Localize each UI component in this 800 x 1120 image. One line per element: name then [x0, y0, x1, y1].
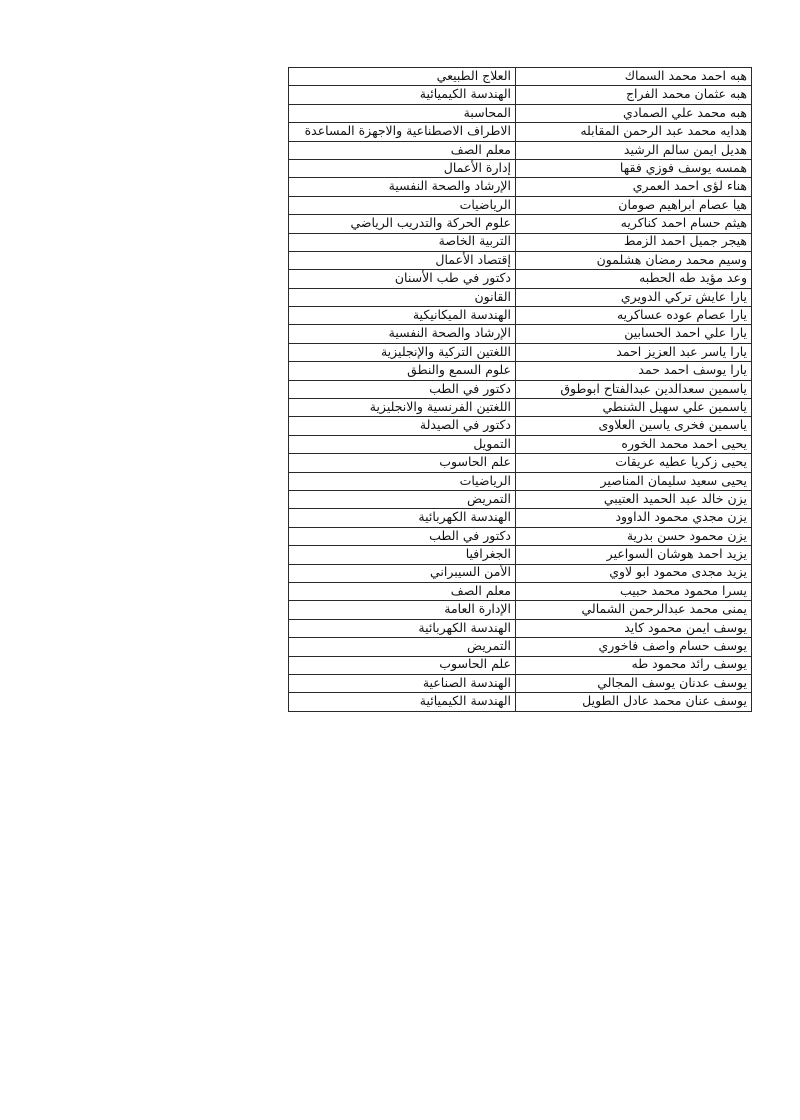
name-cell: هيثم حسام احمد كناكريه	[516, 215, 752, 233]
table-row: الإرشاد والصحة النفسيةيارا علي احمد الحس…	[289, 325, 752, 343]
major-cell: علوم السمع والنطق	[289, 362, 516, 380]
table-row: دكتور في الصيدلةياسمين فخرى ياسين العلاو…	[289, 417, 752, 435]
name-cell: هيجر جميل احمد الزمط	[516, 233, 752, 251]
table-row: المحاسبةهبه محمد علي الصمادي	[289, 104, 752, 122]
table-row: الجغرافيايزيد احمد هوشان السواعير	[289, 546, 752, 564]
major-cell: التمويل	[289, 435, 516, 453]
major-cell: الأمن السيبراني	[289, 564, 516, 582]
table-row: دكتور في الطبياسمين سعدالدين عبدالفتاح ا…	[289, 380, 752, 398]
major-cell: علم الحاسوب	[289, 454, 516, 472]
major-cell: معلم الصف	[289, 141, 516, 159]
major-cell: التربية الخاصة	[289, 233, 516, 251]
table-row: دكتور في الطبيزن محمود حسن بدرية	[289, 527, 752, 545]
major-cell: الإدارة العامة	[289, 601, 516, 619]
name-cell: يحيى زكريا عطيه عريقات	[516, 454, 752, 472]
major-cell: المحاسبة	[289, 104, 516, 122]
name-cell: هناء لؤى احمد العمري	[516, 178, 752, 196]
major-cell: الهندسة الصناعية	[289, 674, 516, 692]
major-cell: الهندسة الكيميائية	[289, 86, 516, 104]
name-cell: هيا عصام ابراهيم صومان	[516, 196, 752, 214]
table-row: علم الحاسوبيوسف رائد محمود طه	[289, 656, 752, 674]
table-row: الهندسة الكيميائيةيوسف عنان محمد عادل ال…	[289, 693, 752, 712]
table-row: معلم الصفهديل ايمن سالم الرشيد	[289, 141, 752, 159]
table-row: إقتصاد الأعمالوسيم محمد رمضان هشلمون	[289, 251, 752, 269]
major-cell: التمريض	[289, 490, 516, 508]
major-cell: التمريض	[289, 638, 516, 656]
table-row: الهندسة الكهربائيةيوسف ايمن محمود كايد	[289, 619, 752, 637]
name-cell: وعد مؤيد طه الحطبه	[516, 270, 752, 288]
name-cell: يسرا محمود محمد حبيب	[516, 582, 752, 600]
table-row: الهندسة الكهربائيةيزن مجدي محمود الداوود	[289, 509, 752, 527]
table-row: علوم السمع والنطقيارا يوسف احمد حمد	[289, 362, 752, 380]
table-row: الأمن السيبرانييزيد مجدى محمود ابو لاوي	[289, 564, 752, 582]
table-row: التمويليحيى احمد محمد الخوره	[289, 435, 752, 453]
table-row: العلاج الطبيعيهبه احمد محمد السماك	[289, 68, 752, 86]
table-row: الهندسة الصناعيةيوسف عدنان يوسف المجالي	[289, 674, 752, 692]
name-cell: ياسمين سعدالدين عبدالفتاح ابوطوق	[516, 380, 752, 398]
name-cell: هدايه محمد عبد الرحمن المقابله	[516, 123, 752, 141]
name-cell: يحيى احمد محمد الخوره	[516, 435, 752, 453]
table-row: الهندسة الكيميائيةهبه عثمان محمد الفراج	[289, 86, 752, 104]
name-cell: يارا يوسف احمد حمد	[516, 362, 752, 380]
table-row: علم الحاسوبيحيى زكريا عطيه عريقات	[289, 454, 752, 472]
major-cell: اللغتين الفرنسية والانجليزية	[289, 399, 516, 417]
name-cell: هبه محمد علي الصمادي	[516, 104, 752, 122]
major-cell: الرياضيات	[289, 196, 516, 214]
major-cell: العلاج الطبيعي	[289, 68, 516, 86]
table-row: الإرشاد والصحة النفسيةهناء لؤى احمد العم…	[289, 178, 752, 196]
major-cell: الرياضيات	[289, 472, 516, 490]
name-cell: يزيد احمد هوشان السواعير	[516, 546, 752, 564]
major-cell: الجغرافيا	[289, 546, 516, 564]
major-cell: الإرشاد والصحة النفسية	[289, 325, 516, 343]
graduates-table: العلاج الطبيعيهبه احمد محمد السماكالهندس…	[288, 67, 752, 712]
major-cell: الاطراف الاصطناعية والاجهزة المساعدة	[289, 123, 516, 141]
major-cell: دكتور في الصيدلة	[289, 417, 516, 435]
major-cell: إدارة الأعمال	[289, 159, 516, 177]
name-cell: ياسمين فخرى ياسين العلاوى	[516, 417, 752, 435]
name-cell: ياسمين علي سهيل الشنطي	[516, 399, 752, 417]
major-cell: الهندسة الكهربائية	[289, 619, 516, 637]
name-cell: يمنى محمد عبدالرحمن الشمالي	[516, 601, 752, 619]
table-row: التمريضيوسف حسام واصف فاخوري	[289, 638, 752, 656]
table-row: القانونيارا عايش تركي الدويري	[289, 288, 752, 306]
name-cell: يحيى سعيد سليمان المناصير	[516, 472, 752, 490]
major-cell: معلم الصف	[289, 582, 516, 600]
table-row: التربية الخاصةهيجر جميل احمد الزمط	[289, 233, 752, 251]
table-row: معلم الصفيسرا محمود محمد حبيب	[289, 582, 752, 600]
major-cell: إقتصاد الأعمال	[289, 251, 516, 269]
name-cell: يزيد مجدى محمود ابو لاوي	[516, 564, 752, 582]
name-cell: وسيم محمد رمضان هشلمون	[516, 251, 752, 269]
major-cell: دكتور في الطب	[289, 380, 516, 398]
major-cell: الهندسة الميكانيكية	[289, 307, 516, 325]
table-row: الإدارة العامةيمنى محمد عبدالرحمن الشمال…	[289, 601, 752, 619]
major-cell: علم الحاسوب	[289, 656, 516, 674]
name-cell: يزن مجدي محمود الداوود	[516, 509, 752, 527]
name-cell: يوسف رائد محمود طه	[516, 656, 752, 674]
name-cell: يوسف عنان محمد عادل الطويل	[516, 693, 752, 712]
table-body: العلاج الطبيعيهبه احمد محمد السماكالهندس…	[289, 68, 752, 712]
name-cell: هبه احمد محمد السماك	[516, 68, 752, 86]
major-cell: الهندسة الكهربائية	[289, 509, 516, 527]
table-row: الرياضياتيحيى سعيد سليمان المناصير	[289, 472, 752, 490]
scanned-document-page: العلاج الطبيعيهبه احمد محمد السماكالهندس…	[0, 0, 800, 1120]
name-cell: يوسف حسام واصف فاخوري	[516, 638, 752, 656]
table-row: الهندسة الميكانيكيةيارا عصام عوده عساكري…	[289, 307, 752, 325]
name-cell: يزن محمود حسن بدرية	[516, 527, 752, 545]
table-row: اللغتين الفرنسية والانجليزيةياسمين علي س…	[289, 399, 752, 417]
major-cell: علوم الحركة والتدريب الرياضي	[289, 215, 516, 233]
table-row: دكتور في طب الأسنانوعد مؤيد طه الحطبه	[289, 270, 752, 288]
table-row: الرياضياتهيا عصام ابراهيم صومان	[289, 196, 752, 214]
major-cell: دكتور في طب الأسنان	[289, 270, 516, 288]
name-cell: يارا عايش تركي الدويري	[516, 288, 752, 306]
table-row: اللغتين التركية والإنجليزيةيارا ياسر عبد…	[289, 343, 752, 361]
name-cell: يارا ياسر عبد العزيز احمد	[516, 343, 752, 361]
name-cell: هبه عثمان محمد الفراج	[516, 86, 752, 104]
table-row: إدارة الأعمالهمسه يوسف فوزي فقها	[289, 159, 752, 177]
major-cell: القانون	[289, 288, 516, 306]
table-row: علوم الحركة والتدريب الرياضيهيثم حسام اح…	[289, 215, 752, 233]
table-row: التمريضيزن خالد عبد الحميد العتيبي	[289, 490, 752, 508]
major-cell: دكتور في الطب	[289, 527, 516, 545]
name-cell: يارا عصام عوده عساكريه	[516, 307, 752, 325]
table-row: الاطراف الاصطناعية والاجهزة المساعدةهداي…	[289, 123, 752, 141]
name-cell: همسه يوسف فوزي فقها	[516, 159, 752, 177]
name-cell: يوسف عدنان يوسف المجالي	[516, 674, 752, 692]
name-cell: يوسف ايمن محمود كايد	[516, 619, 752, 637]
name-cell: يزن خالد عبد الحميد العتيبي	[516, 490, 752, 508]
name-cell: يارا علي احمد الحسابين	[516, 325, 752, 343]
major-cell: اللغتين التركية والإنجليزية	[289, 343, 516, 361]
major-cell: الإرشاد والصحة النفسية	[289, 178, 516, 196]
name-cell: هديل ايمن سالم الرشيد	[516, 141, 752, 159]
major-cell: الهندسة الكيميائية	[289, 693, 516, 712]
